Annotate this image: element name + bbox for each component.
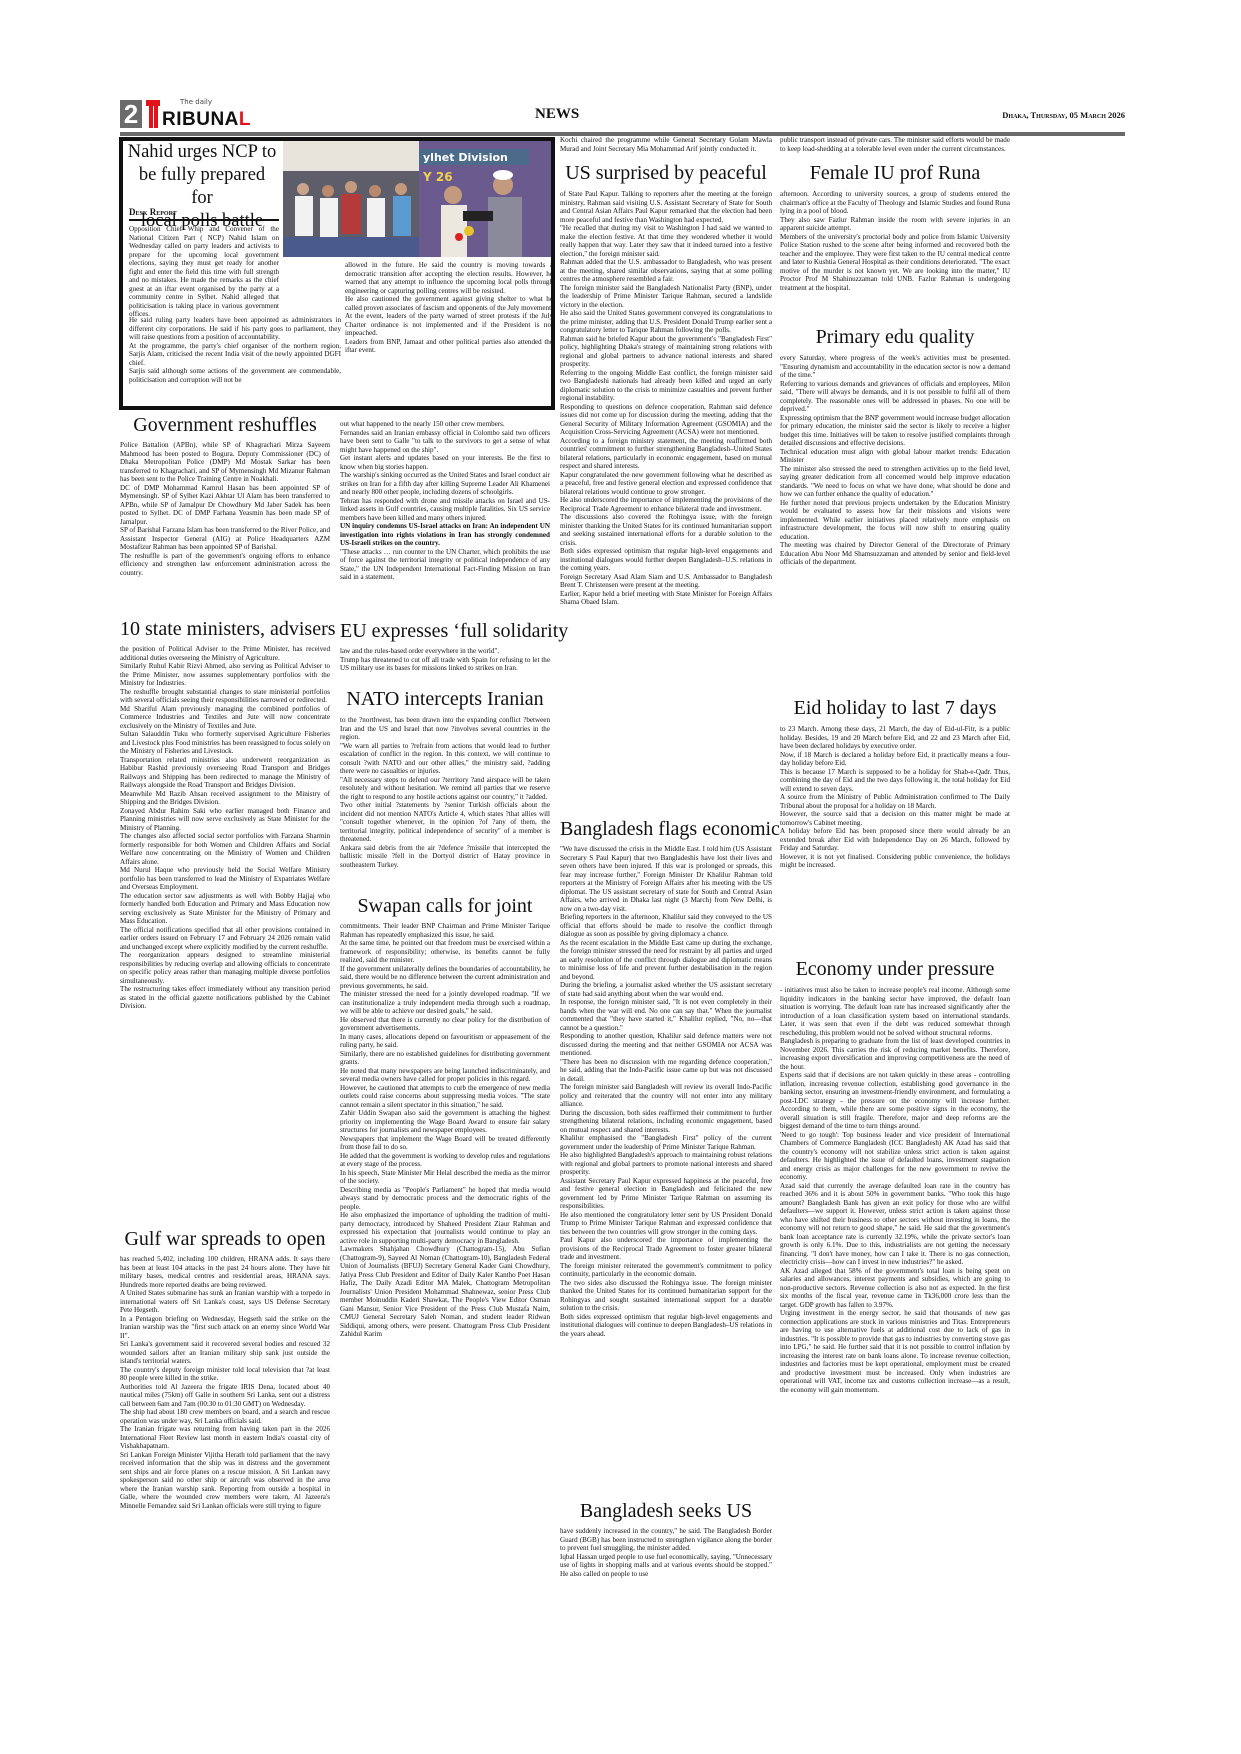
byline-rule: [129, 219, 279, 221]
headline-line: Nahid urges NCP to: [128, 142, 277, 162]
paragraph: He noted that many newspapers are being …: [340, 1067, 550, 1084]
article-state-ministers: the position of Political Adviser to the…: [120, 645, 330, 1011]
paragraph: every Saturday, where progress of the we…: [780, 354, 1010, 380]
paragraph: Opposition Chief Whip and Convener of th…: [129, 225, 279, 319]
headline-bd-flags-economic: Bangladesh flags economic: [560, 818, 772, 841]
paragraph: However, it is not yet finalised. Consid…: [780, 853, 1010, 870]
paragraph: Zahir Uddin Swapan also said the governm…: [340, 1109, 550, 1135]
paragraph: The country's deputy foreign minister to…: [120, 1366, 330, 1383]
paragraph: "These attacks … run counter to the UN C…: [340, 548, 550, 582]
paragraph: He observed that there is currently no c…: [340, 1016, 550, 1033]
masthead: 2 The daily RIBUNAL NEWS Dhaka, Thursday…: [120, 100, 1125, 130]
paragraph: This is because 17 March is supposed to …: [780, 768, 1010, 794]
article-gov-reshuffles: Police Battalion (APBn), while SP of Kha…: [120, 441, 330, 577]
headline-line: be fully prepared for: [139, 165, 265, 208]
article-gulf-war: has reached 5,402, including 100 childre…: [120, 1255, 330, 1510]
paragraph: Sarjis said although some actions of the…: [129, 367, 341, 384]
paragraph: He said ruling party leaders have been a…: [129, 316, 341, 342]
paragraph: Newspapers that implement the Wage Board…: [340, 1135, 550, 1152]
article-female-iu-prof: afternoon. According to university sourc…: [780, 190, 1010, 292]
paragraph: He also emphasized the importance of uph…: [340, 1211, 550, 1245]
paragraph: However, the source said that a decision…: [780, 810, 1010, 827]
paragraph: The education sector saw adjustments as …: [120, 892, 330, 926]
paragraph: He also mentioned the congratulatory let…: [560, 1211, 772, 1237]
headline-primary-edu: Primary edu quality: [780, 326, 1010, 349]
paragraph: commitments. Their leader BNP Chairman a…: [340, 922, 550, 939]
lead-body-col-1: Opposition Chief Whip and Convener of th…: [129, 225, 279, 319]
paragraph: Sri Lanka's government said it recovered…: [120, 1340, 330, 1366]
lead-photo: ylhet Division Y 26: [283, 141, 551, 257]
paragraph: - initiatives must also be taken to incr…: [780, 986, 1010, 1037]
paragraph: The foreign minister reiterated the gove…: [560, 1262, 772, 1279]
paragraph: Md Shariful Alam previously managing the…: [120, 705, 330, 731]
headline-female-iu-prof: Female IU prof Runa: [780, 162, 1010, 185]
paragraph: At the programme, the party's chief orga…: [129, 342, 341, 368]
paragraph: He also underscored the importance of im…: [560, 496, 772, 513]
photo-banner-text: ylhet Division: [423, 151, 508, 164]
headline-bd-seeks-us: Bangladesh seeks US: [560, 1500, 772, 1523]
paragraph: Get instant alerts and updates based on …: [340, 454, 550, 471]
logo-name: RIBUNAL: [162, 110, 251, 129]
paragraph: Kapur congratulated the new government f…: [560, 471, 772, 497]
paragraph: He also said the United States governmen…: [560, 309, 772, 335]
paragraph: At the same time, he pointed out that fr…: [340, 939, 550, 965]
headline-nato-intercepts: NATO intercepts Iranian: [340, 688, 550, 711]
headline-gulf-war: Gulf war spreads to open: [120, 1228, 330, 1251]
paragraph: Fernandes said an Iranian embassy offici…: [340, 429, 550, 455]
paragraph: Referring to various demands and grievan…: [780, 380, 1010, 414]
paragraph: He further noted that previous projects …: [780, 499, 1010, 542]
paragraph: Foreign Secretary Asad Alam Siam and U.S…: [560, 573, 772, 590]
paragraph: Transportation related ministries also u…: [120, 756, 330, 790]
article-female-iu-pre: public transport instead of private cars…: [780, 136, 1010, 153]
paragraph: They also saw Fazlur Rahman inside the r…: [780, 216, 1010, 233]
paragraph: Paul Kapur also underscored the importan…: [560, 1236, 772, 1262]
paragraph: During the briefing, a journalist asked …: [560, 981, 772, 998]
paragraph: Similarly, there are no established guid…: [340, 1050, 550, 1067]
paragraph: Azad said that currently the average def…: [780, 1182, 1010, 1267]
headline-eu-solidarity: EU expresses ‘full solidarity: [340, 620, 550, 643]
paragraph: The warship's sinking occurred as the Un…: [340, 471, 550, 497]
paragraph: AK Azad alleged that 58% of the governme…: [780, 1267, 1010, 1310]
paragraph: A holiday before Eid has been proposed s…: [780, 827, 1010, 853]
headline-economy-pressure: Economy under pressure: [780, 958, 1010, 981]
lead-body-col-2: allowed in the future. He said the count…: [345, 261, 553, 355]
article-eu-solidarity: law and the rules-based order everywhere…: [340, 647, 550, 673]
paragraph: Trump has threatened to cut off all trad…: [340, 656, 550, 673]
paragraph: At the event, leaders of the party warne…: [345, 312, 553, 338]
paragraph: The minister stressed the need for a joi…: [340, 990, 550, 1016]
paragraph: Two other initial ?statements by ?senior…: [340, 801, 550, 844]
paragraph: Now, if 18 March is declared a holiday b…: [780, 751, 1010, 768]
paragraph: out what happened to the nearly 150 othe…: [340, 420, 550, 429]
article-swapan-calls: commitments. Their leader BNP Chairman a…: [340, 922, 550, 1339]
paragraph: "All necessary steps to defend our ?terr…: [340, 776, 550, 802]
paragraph: Earlier, Kapur held a brief meeting with…: [560, 590, 772, 607]
paragraph: has reached 5,402, including 100 childre…: [120, 1255, 330, 1289]
paragraph: DC of DMP Mohammad Kamrul Hasan has been…: [120, 484, 330, 527]
paragraph: During the discussion, both sides reaffi…: [560, 1109, 772, 1135]
paragraph: Rahman said he briefed Kapur about the g…: [560, 335, 772, 369]
paragraph: Md Nurul Haque who previously held the S…: [120, 866, 330, 892]
paragraph: to the ?northwest, has been drawn into t…: [340, 716, 550, 742]
paragraph: Responding to another question, Khalilur…: [560, 1032, 772, 1058]
paragraph: Technical education must align with glob…: [780, 448, 1010, 465]
paragraph: Referring to the ongoing Middle East con…: [560, 369, 772, 403]
paragraph: As the recent escalation in the Middle E…: [560, 939, 772, 982]
paragraph: afternoon. According to university sourc…: [780, 190, 1010, 216]
paragraph: the position of Political Adviser to the…: [120, 645, 330, 662]
paragraph: Iqbal Hassan urged people to use fuel ec…: [560, 1553, 772, 1579]
headline-eid-holiday: Eid holiday to last 7 days: [780, 697, 1010, 720]
article-primary-edu: every Saturday, where progress of the we…: [780, 354, 1010, 567]
paragraph: The reshuffle brought substantial change…: [120, 688, 330, 705]
paragraph: Leaders from BNP, Jamaat and other polit…: [345, 338, 553, 355]
paragraph: Expressing optimism that the BNP governm…: [780, 414, 1010, 448]
paragraph: Khalilur emphasised the "Bangladesh Firs…: [560, 1134, 772, 1151]
paragraph: law and the rules-based order everywhere…: [340, 647, 550, 656]
paragraph: The foreign minister said the Bangladesh…: [560, 284, 772, 310]
section-name: NEWS: [535, 106, 579, 123]
paragraph: to 23 March. Among these days, 21 March,…: [780, 725, 1010, 751]
paragraph: Meanwhile Md Razib Ahsan received assign…: [120, 790, 330, 807]
paragraph: The reshuffle is part of the government'…: [120, 552, 330, 578]
photo-banner-badge: Y 26: [422, 170, 453, 184]
byline: Desk Report: [129, 207, 177, 217]
paragraph: public transport instead of private cars…: [780, 136, 1010, 153]
paragraph: The meeting was chaired by Director Gene…: [780, 541, 1010, 567]
paragraph-subhead: UN inquiry condemns US-Israel attacks on…: [340, 522, 550, 548]
paragraph: The Iranian frigate was returning from h…: [120, 1425, 330, 1451]
paragraph: The reorganization appears designed to s…: [120, 951, 330, 985]
paragraph: Responding to questions on defence coope…: [560, 403, 772, 437]
dateline: Dhaka, Thursday, 05 March 2026: [1002, 110, 1125, 120]
article-eid-holiday: to 23 March. Among these days, 21 March,…: [780, 725, 1010, 870]
article-us-surprised: of State Paul Kapur. Talking to reporter…: [560, 190, 772, 607]
paragraph: Experts said that if decisions are not t…: [780, 1071, 1010, 1131]
paragraph: Both sides expressed optimism that regul…: [560, 1313, 772, 1339]
paragraph: have suddenly increased in the country,"…: [560, 1527, 772, 1553]
paragraph: The ship had about 180 crew members on b…: [120, 1408, 330, 1425]
paragraph: "He recalled that during my visit to Was…: [560, 224, 772, 258]
article-economy-pressure: - initiatives must also be taken to incr…: [780, 986, 1010, 1394]
lead-body-col-1b: He said ruling party leaders have been a…: [129, 316, 341, 384]
paragraph: Similarly Ruhul Kabir Rizvi Ahmed, also …: [120, 662, 330, 688]
paragraph: SP of Barishal Farzana Islam has been tr…: [120, 526, 330, 552]
paragraph: He also highlighted Bangladesh's approac…: [560, 1151, 772, 1177]
paragraph: Rahman added that the U.S. ambassador to…: [560, 258, 772, 284]
paragraph: Police Battalion (APBn), while SP of Kha…: [120, 441, 330, 484]
paragraph: Tehran has responded with drone and miss…: [340, 497, 550, 523]
headline-state-ministers: 10 state ministers, advisers: [120, 618, 330, 641]
article-us-surprised-pre: Kochi chaired the programme while Genera…: [560, 136, 772, 153]
paragraph: Assistant Secretary Paul Kapur expressed…: [560, 1177, 772, 1211]
paragraph: Urging investment in the energy sector, …: [780, 1309, 1010, 1394]
paragraph: Sultan Salauddin Tuku who formerly super…: [120, 730, 330, 756]
paragraph: Both sides expressed optimism that regul…: [560, 547, 772, 573]
paragraph: A United States submarine has sunk an Ir…: [120, 1289, 330, 1315]
headline-us-surprised: US surprised by peaceful: [560, 162, 772, 185]
paragraph: Zonayed Abdur Rahim Saki who earlier man…: [120, 807, 330, 833]
paragraph: In response, the foreign minister said, …: [560, 998, 772, 1032]
paragraph: Bangladesh is preparing to graduate from…: [780, 1037, 1010, 1071]
paragraph: Kochi chaired the programme while Genera…: [560, 136, 772, 153]
paragraph: 'Need to go tough': Top business leader …: [780, 1131, 1010, 1182]
paragraph: The official notifications specified tha…: [120, 926, 330, 952]
paragraph: He added that the government is working …: [340, 1152, 550, 1169]
paragraph: According to a foreign ministry statemen…: [560, 437, 772, 471]
headline-swapan-calls: Swapan calls for joint: [340, 895, 550, 918]
paragraph: The two sides also discussed the Rohingy…: [560, 1279, 772, 1313]
paragraph: of State Paul Kapur. Talking to reporter…: [560, 190, 772, 224]
paragraph: Ankara said debris from the air ?defence…: [340, 844, 550, 870]
paragraph: However, he cautioned that attempts to c…: [340, 1084, 550, 1110]
paragraph: The restructuring takes effect immediate…: [120, 985, 330, 1011]
paragraph: He also cautioned the government against…: [345, 295, 553, 312]
logo-t-glyph-icon: [146, 100, 160, 128]
paragraph: The minister also stressed the need to s…: [780, 465, 1010, 499]
paragraph: Authorities told Al Jazeera the frigate …: [120, 1383, 330, 1409]
paragraph: A source from the Ministry of Public Adm…: [780, 793, 1010, 810]
headline-gov-reshuffles: Government reshuffles: [120, 414, 330, 437]
paragraph: "We warn all parties to ?refrain from ac…: [340, 742, 550, 776]
paragraph: In a Pentagon briefing on Wednesday, Heg…: [120, 1315, 330, 1341]
logo-tagline: The daily: [180, 98, 212, 106]
lead-story-box: Nahid urges NCP to be fully prepared for…: [119, 137, 555, 410]
article-gulf-war-continued: out what happened to the nearly 150 othe…: [340, 420, 550, 582]
logo-name-main: RIBUNA: [162, 109, 239, 130]
page-number: 2: [120, 100, 142, 128]
article-bd-flags-economic: "We have discussed the crisis in the Mid…: [560, 845, 772, 1338]
paragraph: "We have discussed the crisis in the Mid…: [560, 845, 772, 913]
paragraph: The foreign minister said Bangladesh wil…: [560, 1083, 772, 1109]
paragraph: Describing media as "People's Parliament…: [340, 1186, 550, 1212]
article-nato-intercepts: to the ?northwest, has been drawn into t…: [340, 716, 550, 869]
paragraph: The discussions also covered the Rohingy…: [560, 513, 772, 547]
paragraph: The changes also affected social sector …: [120, 832, 330, 866]
paragraph: If the government unilaterally defines t…: [340, 965, 550, 991]
paragraph: "There has been no discussion with me re…: [560, 1058, 772, 1084]
paragraph: Lawmakers Shahjahan Chowdhury (Chattogra…: [340, 1245, 550, 1339]
article-bd-seeks-us: have suddenly increased in the country,"…: [560, 1527, 772, 1578]
logo-name-last: L: [239, 109, 251, 130]
paragraph: In many cases, allocations depend on fav…: [340, 1033, 550, 1050]
paragraph: Members of the university's proctorial b…: [780, 233, 1010, 293]
paragraph: In his speech, State Minister Mir Helal …: [340, 1169, 550, 1186]
paragraph: Sri Lankan Foreign Minister Vijitha Hera…: [120, 1451, 330, 1511]
paragraph: allowed in the future. He said the count…: [345, 261, 553, 295]
paragraph: Briefing reporters in the afternoon, Kha…: [560, 913, 772, 939]
